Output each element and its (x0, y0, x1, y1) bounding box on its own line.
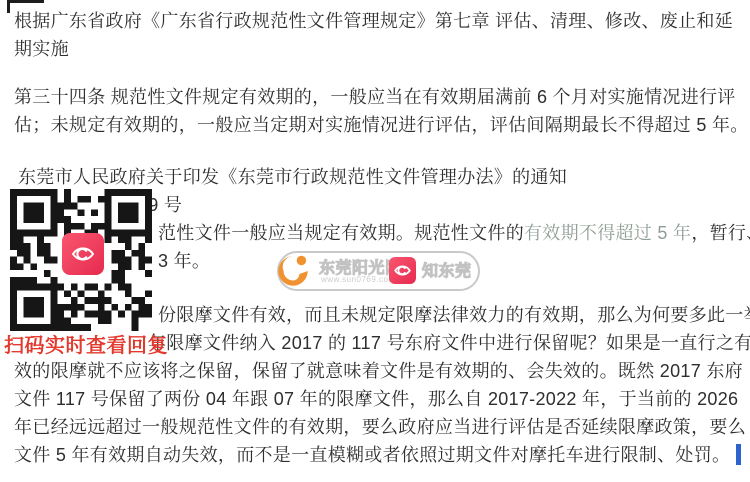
notice-title: 东莞市人民政府关于印发《东莞市行政规范性文件管理办法》的通知 (18, 165, 567, 189)
page-corner-mark (7, 0, 10, 13)
validity-line: 范性文件一般应当规定有效期。规范性文件的有效期不得超过 5 年，暂行、 (158, 221, 750, 245)
validity-highlight: 有效期不得超过 5 年 (524, 223, 691, 243)
sunshine-net-logo-icon (272, 250, 314, 292)
document-line: 年限摩文件纳入 2017 的 117 号东府文件中进行保留呢？如果是一直行之有 (148, 331, 750, 355)
app-eye-icon (389, 257, 416, 284)
document-page[interactable]: { "document": { "para_guangdong": { "lin… (0, 0, 750, 482)
watermark-banner: 东莞阳光网 www.sun0769.com 知东莞 (277, 251, 480, 291)
qr-center-logo (62, 233, 104, 275)
document-line: 份限摩文件有效，而且未规定限摩法律效力的有效期，那么为何要多此一举 (158, 303, 750, 327)
qr-caption: 扫码实时查看回复 (4, 329, 168, 358)
validity-line-pre: 范性文件一般应当规定有效期。规范性文件的 (158, 223, 524, 243)
document-line: 年已经远远超过一般规范性文件的有效期，要么政府应当进行评估是否延续限摩政策，要么 (14, 415, 746, 439)
eye-icon (70, 241, 96, 267)
document-line: 3 年。 (158, 249, 210, 273)
text-cursor (736, 444, 741, 465)
document-line: 根据广东省政府《广东省行政规范性文件管理规定》第七章 评估、清理、修改、废止和延 (14, 9, 733, 33)
document-line: 文件 117 号保留了两份 04 年跟 07 年的限摩文件，那么自 2017-2… (14, 387, 738, 411)
document-line: 效的限摩就不应该将之保留，保留了就意味着文件是有效期的、会失效的。既然 2017… (14, 359, 743, 383)
page-corner-mark (7, 0, 44, 3)
watermark-app-name: 知东莞 (422, 258, 472, 281)
watermark-site-url: www.sun0769.com (321, 275, 396, 284)
document-line: 第三十四条 规范性文件规定有效期的，一般应当在有效期届满前 6 个月对实施情况进… (14, 85, 736, 109)
document-line: 文件 5 年有效期自动失效，而不是一直模糊或者依照过期文件对摩托车进行限制、处罚… (14, 443, 741, 467)
document-line: 期实施 (14, 37, 69, 61)
validity-line-post: ，暂行、 (691, 223, 750, 243)
document-line: 估；未规定有效期的，一般应当定期对实施情况进行评估，评估间隔期最长不得超过 5 … (14, 113, 749, 137)
document-line-text: 文件 5 年有效期自动失效，而不是一直模糊或者依照过期文件对摩托车进行限制、处罚… (14, 445, 730, 465)
